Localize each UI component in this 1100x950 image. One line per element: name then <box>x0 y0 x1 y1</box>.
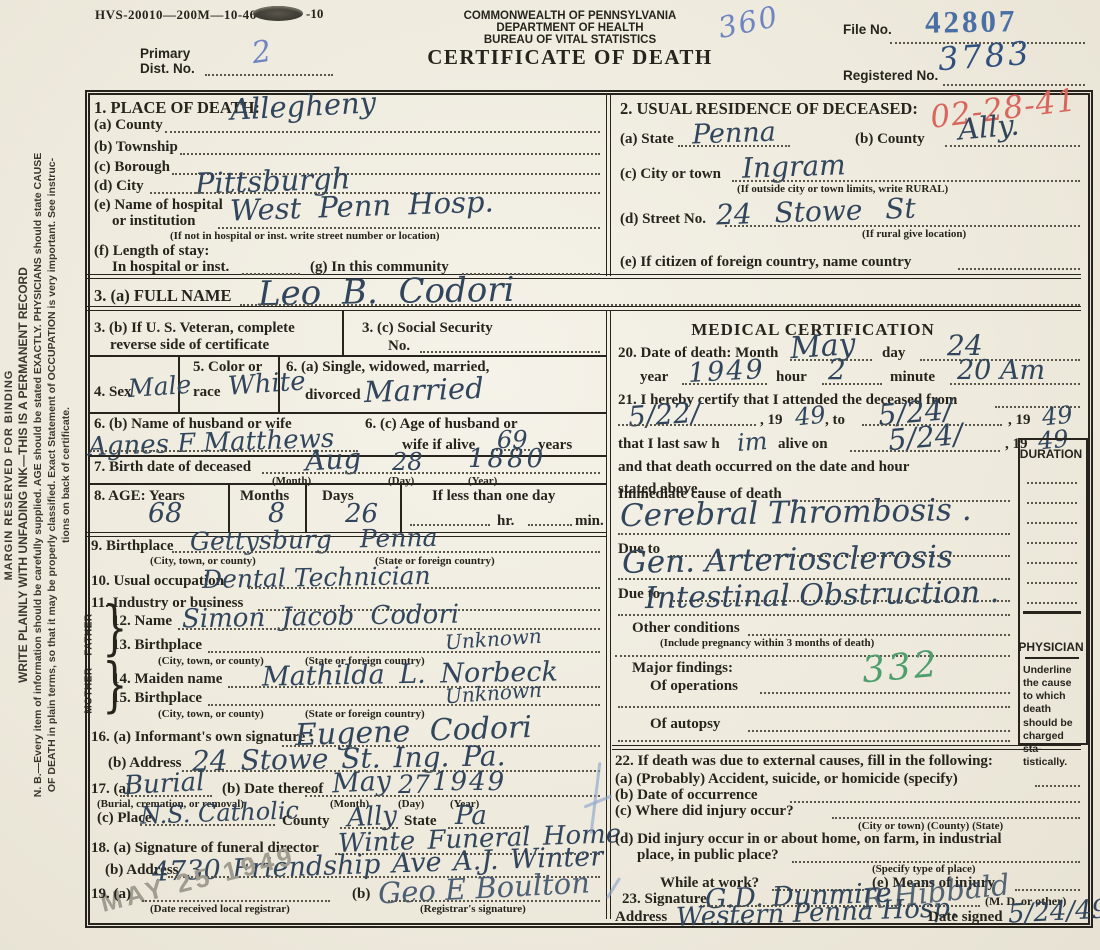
immediate-cause-value: Cerebral Thrombosis . <box>620 495 972 532</box>
res-county-value: Ally. <box>957 110 1021 144</box>
dotted-line <box>142 900 330 902</box>
dotted-line <box>305 795 600 797</box>
marital-value: Married <box>364 374 485 407</box>
injury-place-label: (d) Did injury occur in or about home, o… <box>615 831 1002 848</box>
death-minute-label: minute <box>890 369 935 386</box>
date-signed-label: Date signed <box>928 909 1003 926</box>
disposal-month: May <box>331 767 391 797</box>
operations-label: Of operations <box>650 678 738 695</box>
dotted-line <box>172 551 600 553</box>
margin-line: tions on back of certificate. <box>60 5 72 945</box>
file-no-label: File No. <box>843 22 892 37</box>
race-value: White <box>227 368 306 399</box>
race-label: race <box>193 384 220 401</box>
attended-from-value: 5/22/ <box>627 399 701 432</box>
duration-line <box>1027 582 1077 584</box>
stay-hospital-label: In hospital or inst. <box>112 259 229 276</box>
dotted-line <box>205 74 333 76</box>
row-rule <box>90 412 606 414</box>
veteran-label: 3. (b) If U. S. Veteran, complete <box>94 320 295 337</box>
birth-year: 1880 <box>468 446 546 472</box>
file-no-stamp: 42807 <box>925 5 1018 38</box>
physician-heading: PHYSICIAN <box>1018 641 1084 654</box>
primary-dist-label: Dist. No. <box>140 61 195 76</box>
death-day-label: day <box>882 345 905 362</box>
injury-where-label: (c) Where did injury occur? <box>615 803 794 820</box>
dotted-line <box>208 704 600 706</box>
penciled-number: 360 <box>716 2 782 43</box>
mother-birthplace-label: 15. Birthplace <box>112 690 202 707</box>
received-note: (Date received local registrar) <box>150 904 290 915</box>
margin-line: OF DEATH in plain terms, so that it may … <box>46 5 58 945</box>
autopsy-label: Of autopsy <box>650 716 720 733</box>
printed-19: , 19 <box>1008 412 1031 429</box>
hospital-note: (If not in hospital or inst. write stree… <box>170 231 440 242</box>
year-note: (Year) <box>468 476 497 487</box>
dotted-line <box>748 730 1010 732</box>
dotted-line <box>950 383 1080 385</box>
cell-divider <box>342 311 344 355</box>
duration-line <box>1027 502 1077 504</box>
birth-day: 28 <box>392 450 423 474</box>
birthplace-value: Gettysburg Penna <box>190 525 438 554</box>
margin-line: MARGIN RESERVED FOR BINDING <box>3 5 15 945</box>
disposal-day: 27 <box>398 772 430 797</box>
residence-heading: 2. USUAL RESIDENCE OF DECEASED: <box>620 100 918 118</box>
dotted-line <box>790 801 1080 803</box>
physician-rule <box>1025 657 1079 659</box>
registered-no-value: 3783 <box>937 37 1032 75</box>
primary-dist-label: Primary <box>140 46 190 61</box>
spouse-age-label: 6. (c) Age of husband or <box>365 416 518 433</box>
registrar-row-label: 19. (a) <box>91 886 131 903</box>
occurrence-date-label: (b) Date of occurrence <box>615 787 758 804</box>
accident-label: (a) (Probably) Accident, suicide, or hom… <box>615 771 958 788</box>
physician-note: Underline the cause to which death shoul… <box>1023 664 1082 769</box>
dotted-line <box>240 304 1080 306</box>
birth-date-label: 7. Birth date of deceased <box>94 459 251 476</box>
state-label: (a) State <box>620 131 674 148</box>
alive-on-label: alive on <box>778 436 828 453</box>
binding-margin-note: MARGIN RESERVED FOR BINDING WRITE PLAINL… <box>3 5 79 945</box>
sex-label: 4. Sex <box>94 384 132 401</box>
mother-bp-city-note: (City, town, or county) <box>158 709 264 720</box>
dotted-line <box>748 634 1010 636</box>
age-months-value: 8 <box>268 500 285 527</box>
burial-county-label: County <box>282 813 330 830</box>
father-group-label: FATHER <box>84 610 95 660</box>
margin-line: N. B.—Every item of information should b… <box>32 5 44 945</box>
full-name-label: 3. (a) FULL NAME <box>94 287 232 305</box>
dotted-line <box>682 383 767 385</box>
dotted-line <box>618 740 1010 742</box>
death-year-label: year <box>640 369 668 386</box>
dotted-line <box>732 180 1080 182</box>
dotted-line <box>615 655 1010 657</box>
to-label: , to <box>825 412 845 429</box>
due-to-1-value: Gen. Arteriosclerosis <box>622 542 953 579</box>
hr-label: hr. <box>497 513 514 530</box>
mother-birthplace-value: Unknown <box>444 680 542 707</box>
res-city-label: (c) City or town <box>620 166 721 183</box>
mother-group-label: MOTHER <box>84 666 95 716</box>
duration-line <box>1027 542 1077 544</box>
res-city-value: Ingram <box>742 151 847 183</box>
injury-place-label: place, in public place? <box>637 847 779 864</box>
dotted-line <box>725 225 1080 227</box>
hospital-label: or institution <box>112 213 196 230</box>
pregnancy-note: (Include pregnancy within 3 months of de… <box>660 638 874 649</box>
duration-line <box>1027 602 1077 604</box>
duration-line <box>1027 482 1077 484</box>
dotted-line <box>180 153 600 155</box>
date-signed-value: 5/24/49 <box>1007 896 1100 927</box>
father-bp-city-note: (City, town, or county) <box>158 656 264 667</box>
street-note: (If rural give location) <box>862 229 966 240</box>
dotted-line <box>182 770 600 772</box>
dotted-line <box>832 817 1080 819</box>
form-number: HVS-20010—200M—10-46 <box>95 8 257 23</box>
county-value: Allegheny <box>229 88 376 125</box>
dotted-line <box>248 587 600 589</box>
disposal-year: 1949 <box>432 769 506 795</box>
dotted-line <box>850 450 1000 452</box>
dotted-line <box>760 692 1010 694</box>
department-header: COMMONWEALTH OF PENNSYLVANIA DEPARTMENT … <box>400 10 740 46</box>
dotted-line <box>958 268 1080 270</box>
duration-line <box>1027 562 1077 564</box>
father-birthplace-value: Unknown <box>444 626 542 653</box>
ssn-label: No. <box>388 338 410 355</box>
state-seal-icon <box>253 6 303 21</box>
less-than-day-label: If less than one day <box>432 488 555 505</box>
row-rule <box>90 355 606 357</box>
certificate-title: CERTIFICATE OF DEATH <box>375 46 765 70</box>
dotted-line <box>618 706 1010 708</box>
duration-line <box>1027 522 1077 524</box>
dotted-line <box>618 533 1010 535</box>
dotted-line <box>618 424 756 426</box>
cell-divider <box>228 483 230 532</box>
margin-line: WRITE PLAINLY WITH UNFADING INK—THIS IS … <box>16 5 30 945</box>
physician-address-label: Address <box>615 909 667 926</box>
disposal-day-note: (Day) <box>398 799 424 810</box>
city-label: (d) City <box>94 178 144 195</box>
attended-from-year: 49 <box>794 402 827 429</box>
section-rule <box>612 745 1081 750</box>
due-to-2-value: Intestinal Obstruction . <box>645 578 1000 614</box>
age-years-value: 68 <box>148 500 182 527</box>
death-minute-value: 20 Am <box>957 357 1045 384</box>
township-label: (b) Township <box>94 139 178 156</box>
length-of-stay-label: (f) Length of stay: <box>94 243 209 260</box>
last-saw-label: that I last saw h <box>618 436 720 453</box>
death-hour-label: hour <box>776 369 807 386</box>
dotted-line <box>218 227 600 229</box>
death-hour-value: 2 <box>828 356 846 384</box>
primary-dist-value: 2 <box>250 37 273 69</box>
dotted-line <box>120 795 212 797</box>
dotted-line <box>678 145 790 147</box>
foreign-country-label: (e) If citizen of foreign country, name … <box>620 254 911 271</box>
column-divider <box>606 95 611 276</box>
him-handwritten: im <box>736 429 768 455</box>
row-rule <box>90 483 606 485</box>
dotted-line <box>822 383 882 385</box>
min-label: min. <box>575 513 604 530</box>
death-occurred-label: and that death occurred on the date and … <box>618 459 909 476</box>
county-label: (a) County <box>94 117 163 134</box>
dotted-line <box>945 145 1080 147</box>
operations-code-value: 332 <box>861 647 942 690</box>
marital-label: divorced <box>305 387 361 404</box>
dotted-line <box>1035 785 1080 787</box>
section-rule <box>87 306 1081 311</box>
state-value: Penna <box>692 119 777 149</box>
registrar-sig-note: (Registrar's signature) <box>420 904 526 915</box>
other-conditions-label: Other conditions <box>632 620 740 637</box>
dotted-line <box>618 614 1010 616</box>
seal-suffix: -10 <box>306 7 323 22</box>
dotted-line <box>228 686 600 688</box>
dotted-line <box>208 651 600 653</box>
registrar-sig-label: (b) <box>352 886 370 903</box>
father-name-label: 12. Name <box>112 613 172 630</box>
major-findings-label: Major findings: <box>632 660 733 677</box>
dotted-line <box>140 824 275 826</box>
veteran-label: reverse side of certificate <box>110 337 269 354</box>
birth-month: Aug <box>304 445 362 476</box>
duration-box-rule <box>1023 611 1081 614</box>
dotted-line <box>388 900 600 902</box>
external-causes-heading: 22. If death was due to external causes,… <box>615 753 993 770</box>
res-county-label: (b) County <box>855 131 925 148</box>
dotted-line <box>165 131 600 133</box>
dotted-line <box>262 472 600 474</box>
dotted-line <box>528 524 572 526</box>
sex-value: Male <box>127 372 192 401</box>
birthplace-label: 9. Birthplace <box>91 538 174 555</box>
ssn-label: 3. (c) Social Security <box>362 320 493 337</box>
dotted-line <box>1015 889 1080 891</box>
dept-line: DEPARTMENT OF HEALTH <box>400 22 740 34</box>
street-label: (d) Street No. <box>620 211 706 228</box>
registered-no-label: Registered No. <box>843 68 938 83</box>
dotted-line <box>420 351 600 353</box>
death-certificate-scan: MARGIN RESERVED FOR BINDING WRITE PLAINL… <box>0 0 1100 950</box>
mother-name-label: 14. Maiden name <box>112 671 222 688</box>
borough-label: (c) Borough <box>94 159 170 176</box>
duration-heading: DURATION <box>1018 448 1084 461</box>
hospital-label: (e) Name of hospital <box>94 197 223 214</box>
dept-line: COMMONWEALTH OF PENNSYLVANIA <box>400 10 740 22</box>
